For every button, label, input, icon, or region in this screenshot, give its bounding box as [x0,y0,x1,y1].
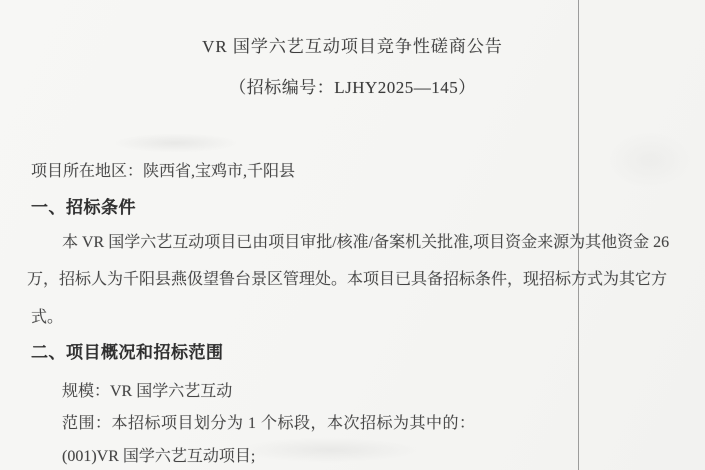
section-1-paragraph-line-1: 本 VR 国学六艺互动项目已由项目审批/核准/备案机关批准,项目资金来源为其他资… [62,233,669,252]
scope-line: 范围：本招标项目划分为 1 个标段，本次招标为其中的： [62,414,476,433]
section-1-paragraph-line-2: 万，招标人为千阳县燕伋望鲁台景区管理处。本项目已具备招标条件，现招标方式为其它方 [27,270,667,289]
document-page: VR 国学六艺互动项目竞争性磋商公告 （招标编号：LJHY2025—145） 项… [0,0,705,470]
project-location-line: 项目所在地区：陕西省,宝鸡市,千阳县 [31,162,295,181]
lot-001-line: (001)VR 国学六艺互动项目; [62,447,255,466]
section-1-paragraph-line-3: 式。 [31,308,63,327]
section-2-heading: 二、项目概况和招标范围 [31,343,224,363]
tender-number: （招标编号：LJHY2025—145） [0,78,705,98]
scale-line: 规模：VR 国学六艺互动 [62,382,232,401]
section-1-heading: 一、招标条件 [31,198,136,218]
document-title: VR 国学六艺互动项目竞争性磋商公告 [0,37,705,57]
